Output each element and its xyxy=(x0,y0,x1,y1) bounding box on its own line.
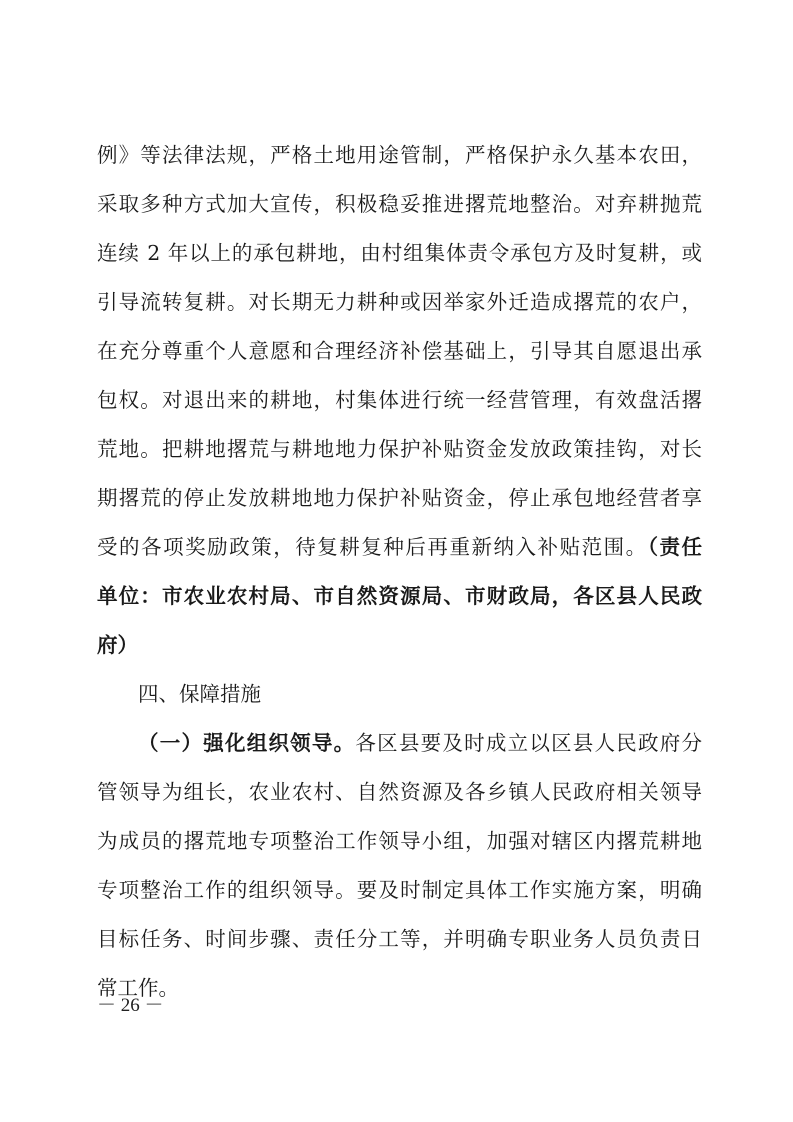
paragraph-line: 目标任务、时间步骤、责任分工等，并明确专职业务人员负责日 xyxy=(97,922,702,956)
paragraph-text: 各区县要及时成立以区县人民政府分 xyxy=(355,731,702,755)
page-number: － 26 － xyxy=(97,993,164,1019)
paragraph-line: 连续 2 年以上的承包耕地，由村组集体责令承包方及时复耕，或 xyxy=(97,236,702,270)
paragraph-line: 专项整治工作的组织领导。要及时制定具体工作实施方案，明确 xyxy=(97,873,702,907)
paragraph-line: 荒地。把耕地撂荒与耕地地力保护补贴资金发放政策挂钩，对长 xyxy=(97,432,702,466)
responsibility-units-end: 府） xyxy=(97,628,702,662)
responsibility-units: 单位：市农业农村局、市自然资源局、市财政局，各区县人民政 xyxy=(97,579,702,613)
paragraph-line: 采取多种方式加大宣传，积极稳妥推进撂荒地整治。对弃耕抛荒 xyxy=(97,187,702,221)
paragraph-line: 例》等法律法规，严格土地用途管制，严格保护永久基本农田， xyxy=(97,138,702,172)
paragraph-line: 引导流转复耕。对长期无力耕种或因举家外迁造成撂荒的农户， xyxy=(97,285,702,319)
responsibility-label: （责任 xyxy=(648,535,702,559)
paragraph-line: 常工作。 xyxy=(97,971,702,1005)
paragraph-line: 期撂荒的停止发放耕地地力保护补贴资金，停止承包地经营者享 xyxy=(97,481,702,515)
subsection-title: （一）强化组织领导。 xyxy=(138,731,355,755)
paragraph-line: 管领导为组长，农业农村、自然资源及各乡镇人民政府相关领导 xyxy=(97,775,702,809)
paragraph-line: 为成员的撂荒地专项整治工作领导小组，加强对辖区内撂荒耕地 xyxy=(97,824,702,858)
paragraph-line-mixed: 受的各项奖励政策，待复耕复种后再重新纳入补贴范围。（责任 xyxy=(97,530,702,564)
paragraph-line: 在充分尊重个人意愿和合理经济补偿基础上，引导其自愿退出承 xyxy=(97,334,702,368)
paragraph-line: 包权。对退出来的耕地，村集体进行统一经营管理，有效盘活撂 xyxy=(97,383,702,417)
subsection-first-line: （一）强化组织领导。各区县要及时成立以区县人民政府分 xyxy=(138,726,702,760)
document-page: 例》等法律法规，严格土地用途管制，严格保护永久基本农田， 采取多种方式加大宣传，… xyxy=(0,0,793,1122)
section-heading: 四、保障措施 xyxy=(138,677,702,711)
paragraph-text: 受的各项奖励政策，待复耕复种后再重新纳入补贴范围。 xyxy=(97,535,648,559)
